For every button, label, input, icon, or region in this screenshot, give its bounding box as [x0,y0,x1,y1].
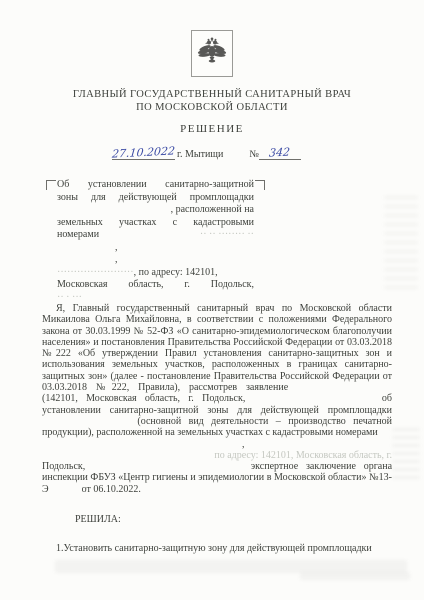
org-name: ГЛАВНЫЙ ГОСУДАРСТВЕННЫЙ САНИТАРНЫЙ ВРАЧ … [0,88,424,114]
erased-text-remnant: ······················· [57,267,134,278]
subject-address: , по адресу: 142101, [134,267,218,278]
coat-of-arms-box [191,30,233,77]
body-text-segment: Подольск, [42,461,85,472]
body-text-segment: от 06.10.2022. [82,484,141,495]
redaction-gap [297,389,392,390]
handwritten-date: 27.10.2022 [111,144,175,160]
subject-block: Об установлении санитарно-защитной зоны … [57,179,254,304]
resolution-heading: РЕШИЛА: [75,514,392,526]
number-label: № [249,149,259,160]
body-paragraph: Подольск, экспертное заключение органа и… [42,461,392,495]
resolution-section: РЕШИЛА: 1.Установить санитарно-защитную … [42,514,392,554]
lone-comma-line: , [42,439,392,450]
handwritten-number: 342 [269,145,291,159]
body-text-segment: Я, Главный государственный санитарный вр… [42,303,392,393]
date-place-number-line: 27.10.2022 г. Мытищи № 342 [112,146,312,160]
document-type-title: РЕШЕНИЕ [0,123,424,135]
corner-bracket-right [255,180,265,190]
scanned-document-page: ГЛАВНЫЙ ГОСУДАРСТВЕННЫЙ САНИТАРНЫЙ ВРАЧ … [0,0,424,600]
double-headed-eagle-icon [196,33,228,74]
org-name-line1: ГЛАВНЫЙ ГОСУДАРСТВЕННЫЙ САНИТАРНЫЙ ВРАЧ [0,88,424,101]
subject-line: ·······················, по адресу: 1421… [57,267,254,280]
subject-line: зоны для действующей промплощадки [57,192,254,205]
redaction-gap [51,491,79,492]
redaction-gap [93,468,243,469]
org-name-line2: ПО МОСКОВСКОЙ ОБЛАСТИ [0,101,424,114]
corner-bracket-left [46,180,56,190]
scan-artifact [392,428,420,484]
document-body: Я, Главный государственный санитарный вр… [42,303,392,495]
resolution-item-1: 1.Установить санитарно-защитную зону для… [42,543,392,555]
scan-artifact [55,560,407,573]
subject-line: земельных участках с кадастровыми [57,217,254,230]
erased-address-line: по адресу: 142101, Московская область, г… [42,450,392,461]
subject-lone-comma: , [57,254,254,267]
erased-text-remnant: ·· ·· ········ ·· [200,229,254,242]
redaction-gap [254,400,374,401]
scan-artifact [384,196,418,292]
scan-artifact [300,572,410,580]
body-paragraph: Я, Главный государственный санитарный вр… [42,303,392,439]
number-underline: 342 [259,146,301,160]
redaction-gap [42,423,130,424]
subject-line: Об установлении санитарно-защитной [57,179,254,192]
subject-lone-comma: , [57,242,254,255]
subject-word: номерами [57,229,99,242]
place-label: г. Мытищи [177,149,223,160]
subject-line: номерами ·· ·· ········ ·· [57,229,254,242]
subject-line: , расположенной на [57,204,254,217]
body-text-segment: (142101, Московская область, г. Подольск… [42,393,245,404]
body-text-segment: (основной вид деятельности – производств… [42,416,392,438]
subject-line: Московская область, г. Подольск, [57,279,254,292]
date-underline: 27.10.2022 [112,146,175,160]
